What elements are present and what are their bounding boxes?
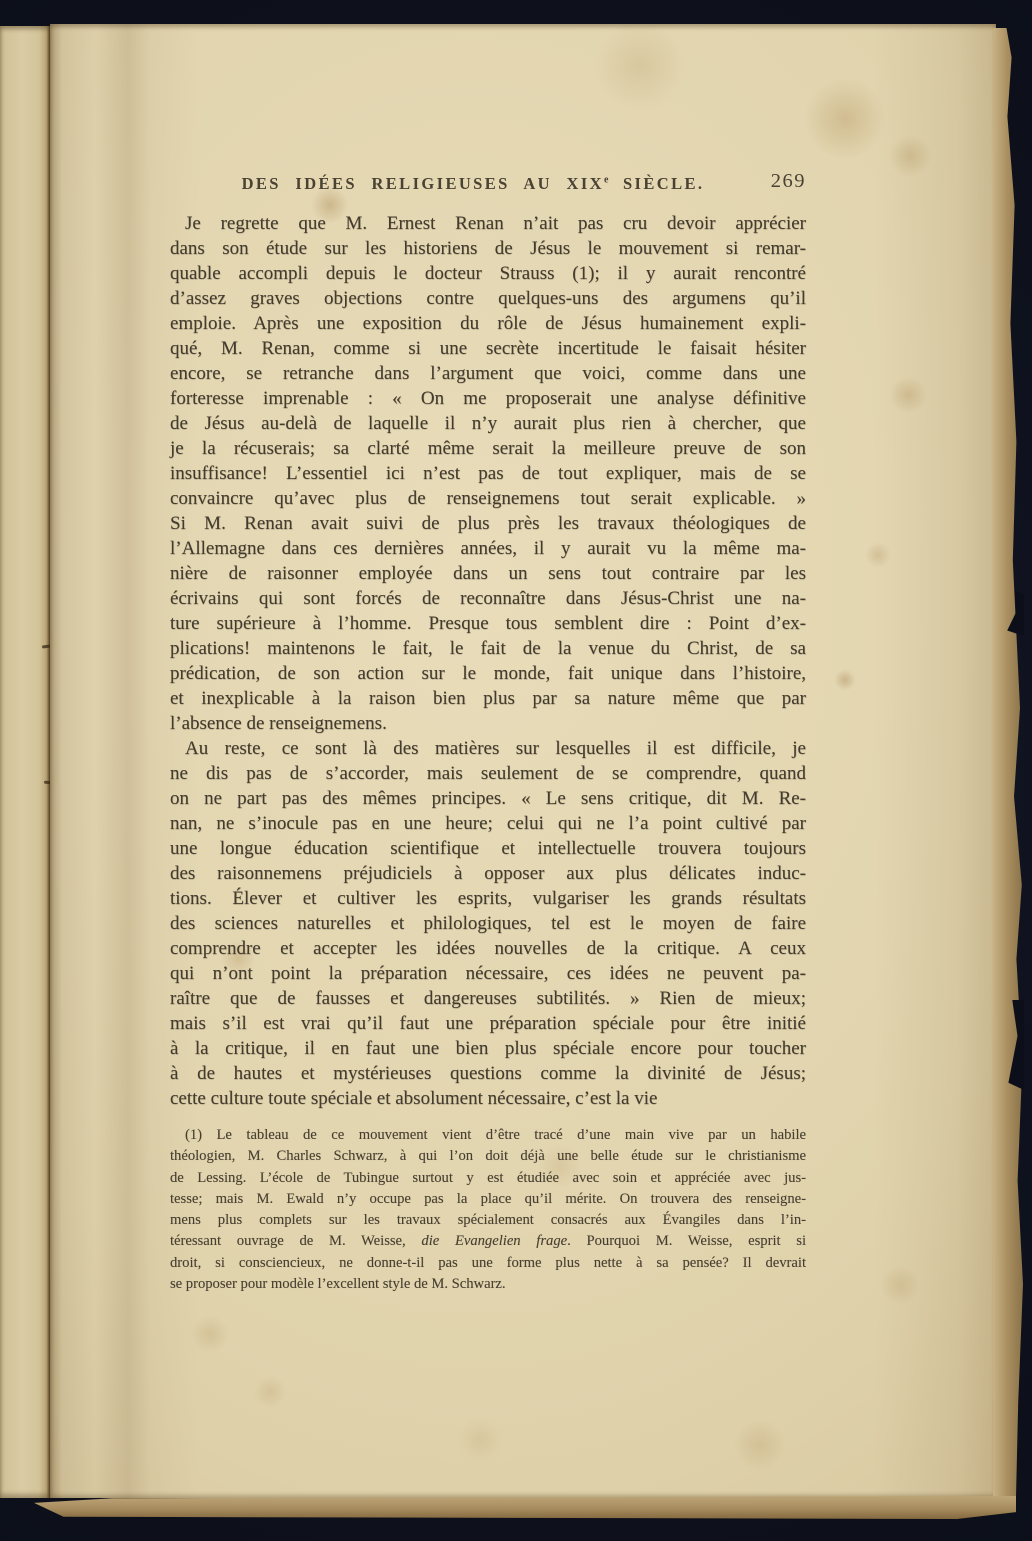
text-line: raître que de fausses et dangereuses sub… bbox=[170, 986, 806, 1011]
footnote: (1) Le tableau de ce mouvement vient d’ê… bbox=[170, 1125, 806, 1295]
paragraph: Au reste, ce sont là des matières sur le… bbox=[170, 736, 806, 1111]
text-line: l’Allemagne dans ces dernières années, i… bbox=[170, 536, 806, 561]
text-line: emploie. Après une exposition du rôle de… bbox=[170, 311, 806, 336]
text-line: mens plus complets sur les travaux spéci… bbox=[170, 1210, 806, 1231]
chapter-title: DES IDÉES RELIGIEUSES AU XIXe SIÈCLE. bbox=[170, 174, 776, 194]
page-edge-right bbox=[993, 28, 1023, 1506]
page-edge-bottom bbox=[34, 1496, 1016, 1519]
text-line: tions. Élever et cultiver les esprits, v… bbox=[170, 886, 806, 911]
text-line: qué, M. Renan, comme si une secrète ince… bbox=[170, 336, 806, 361]
left-page-gutter bbox=[0, 26, 50, 1498]
text-line: on ne part pas des mêmes principes. « Le… bbox=[170, 786, 806, 811]
text-line: tesse; mais M. Ewald n’y occupe pas la p… bbox=[170, 1189, 806, 1210]
text-line: quable accompli depuis le docteur Straus… bbox=[170, 261, 806, 286]
book-scan: DES IDÉES RELIGIEUSES AU XIXe SIÈCLE. 26… bbox=[0, 0, 1032, 1541]
text-line: (1) Le tableau de ce mouvement vient d’ê… bbox=[170, 1125, 806, 1146]
text-line: téressant ouvrage de M. Weisse, die Evan… bbox=[170, 1231, 806, 1252]
chapter-title-text: DES IDÉES RELIGIEUSES AU XIX bbox=[242, 174, 604, 193]
text-line: d’assez graves objections contre quelque… bbox=[170, 286, 806, 311]
text-line: prédication, de son action sur le monde,… bbox=[170, 661, 806, 686]
text-line: des raisonnemens préjudiciels à opposer … bbox=[170, 861, 806, 886]
text-line: plications! maintenons le fait, le fait … bbox=[170, 636, 806, 661]
text-line: des sciences naturelles et philologiques… bbox=[170, 911, 806, 936]
text-line: à la critique, il en faut une bien plus … bbox=[170, 1036, 806, 1061]
running-header: DES IDÉES RELIGIEUSES AU XIXe SIÈCLE. 26… bbox=[170, 174, 806, 200]
text-line: Au reste, ce sont là des matières sur le… bbox=[170, 736, 806, 761]
text-line: mais s’il est vrai qu’il faut une prépar… bbox=[170, 1011, 806, 1036]
text-line: Je regrette que M. Ernest Renan n’ait pa… bbox=[170, 211, 806, 236]
text-line: se proposer pour modèle l’excellent styl… bbox=[170, 1274, 806, 1295]
chapter-title-text: SIÈCLE. bbox=[608, 174, 704, 193]
text-segment: téressant ouvrage de M. Weisse, bbox=[170, 1233, 421, 1249]
text-line: comprendre et accepter les idées nouvell… bbox=[170, 936, 806, 961]
text-line: cette culture toute spéciale et absolume… bbox=[170, 1086, 806, 1111]
page-number: 269 bbox=[771, 170, 806, 193]
text-line: nière de raisonner employée dans un sens… bbox=[170, 561, 806, 586]
text-line: ture supérieure à l’homme. Presque tous … bbox=[170, 611, 806, 636]
text-line: dans son étude sur les historiens de Jés… bbox=[170, 236, 806, 261]
book-page: DES IDÉES RELIGIEUSES AU XIXe SIÈCLE. 26… bbox=[50, 24, 996, 1498]
text-line: ne dis pas de s’accorder, mais seulement… bbox=[170, 761, 806, 786]
text-line: convaincre qu’avec plus de renseignemens… bbox=[170, 486, 806, 511]
text-line: qui n’ont point la préparation nécessair… bbox=[170, 961, 806, 986]
body-text: Je regrette que M. Ernest Renan n’ait pa… bbox=[170, 211, 806, 1111]
text-line: l’absence de renseignemens. bbox=[170, 711, 806, 736]
text-line: et inexplicable à la raison bien plus pa… bbox=[170, 686, 806, 711]
text-line: Si M. Renan avait suivi de plus près les… bbox=[170, 511, 806, 536]
italic-text: die Evangelien frage bbox=[421, 1233, 567, 1249]
text-segment: . Pourquoi M. Weisse, esprit si bbox=[567, 1233, 806, 1249]
text-line: théologien, M. Charles Schwarz, à qui l’… bbox=[170, 1146, 806, 1167]
text-line: encore, se retranche dans l’argument que… bbox=[170, 361, 806, 386]
text-line: de Jésus au-delà de laquelle il n’y aura… bbox=[170, 411, 806, 436]
text-line: à de hautes et mystérieuses questions co… bbox=[170, 1061, 806, 1086]
text-line: droit, si consciencieux, ne donne-t-il p… bbox=[170, 1253, 806, 1274]
text-line: forteresse imprenable : « On me proposer… bbox=[170, 386, 806, 411]
text-line: écrivains qui sont forcés de reconnaître… bbox=[170, 586, 806, 611]
text-line: nan, ne s’inocule pas en une heure; celu… bbox=[170, 811, 806, 836]
text-line: je la récuserais; sa clarté même serait … bbox=[170, 436, 806, 461]
paragraph: Je regrette que M. Ernest Renan n’ait pa… bbox=[170, 211, 806, 736]
text-line: de Lessing. L’école de Tubingue surtout … bbox=[170, 1168, 806, 1189]
text-line: insuffisance! L’essentiel ici n’est pas … bbox=[170, 461, 806, 486]
text-line: une longue éducation scientifique et int… bbox=[170, 836, 806, 861]
